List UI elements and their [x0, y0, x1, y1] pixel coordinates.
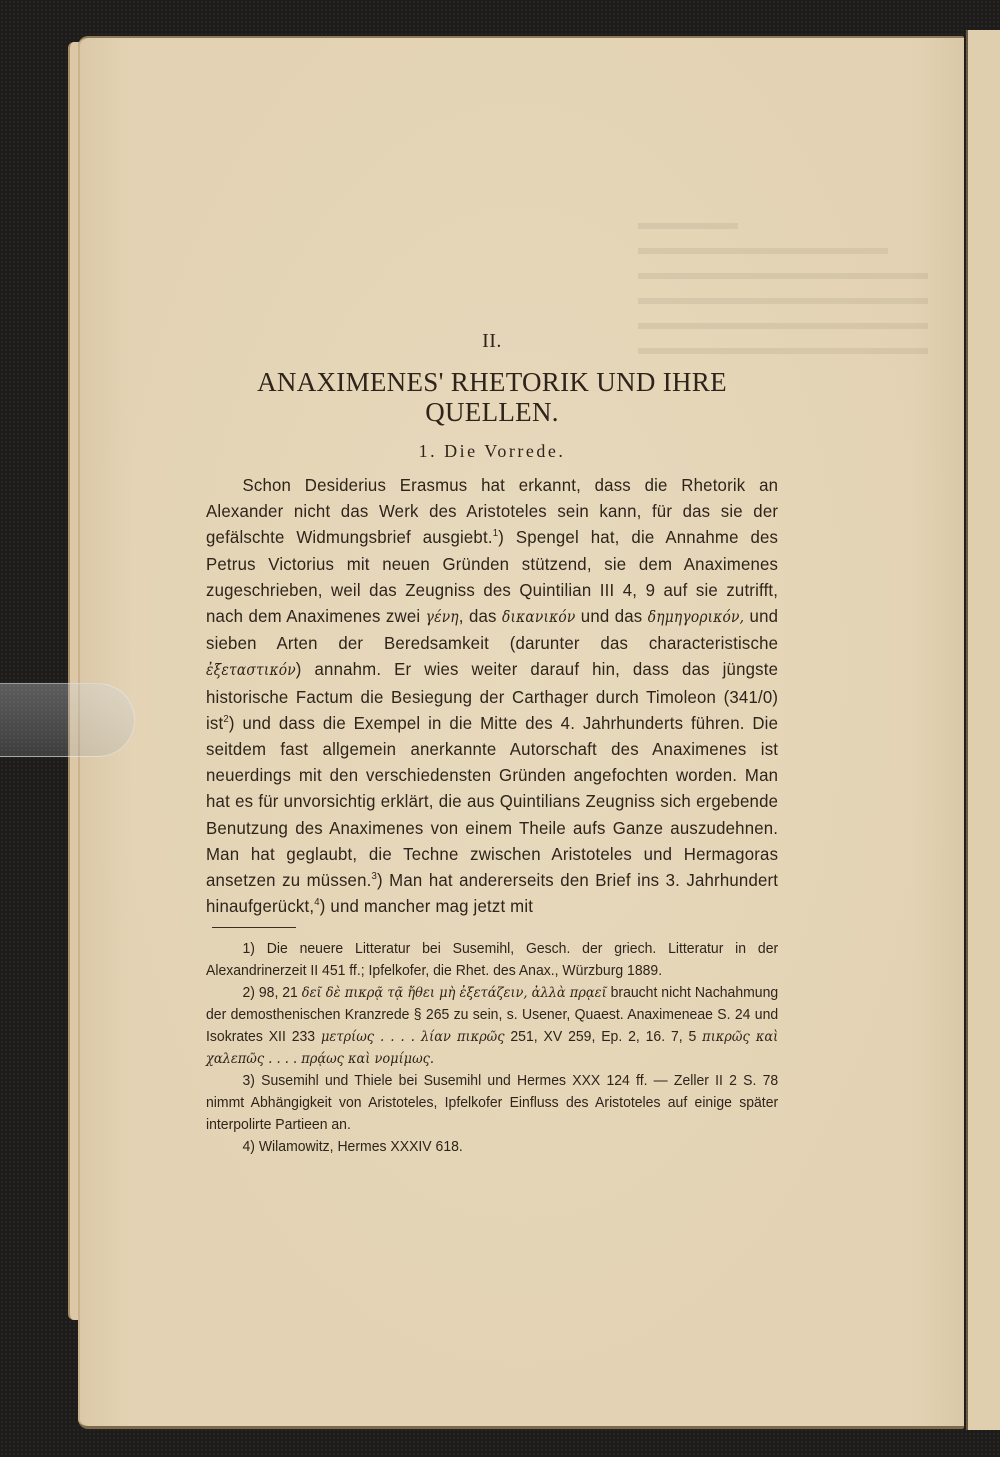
- chapter-title-line-1: ANAXIMENES' RHETORIK UND IHRE: [257, 367, 727, 397]
- page-holder-clip: [0, 683, 135, 757]
- adjacent-page-edge: [966, 30, 1000, 1430]
- greek-quote: μετρίως . . . . λίαν πικρῶς: [321, 1029, 505, 1045]
- chapter-title: ANAXIMENES' RHETORIK UND IHRE QUELLEN.: [206, 367, 778, 427]
- chapter-title-line-2: QUELLEN.: [425, 397, 559, 427]
- greek-term: ἐξεταστικόν: [206, 660, 296, 679]
- greek-term: γένη: [426, 607, 459, 626]
- body-paragraph: Schon Desiderius Erasmus hat erkannt, da…: [206, 472, 778, 919]
- footnote-divider: [212, 927, 296, 928]
- footnote-4: 4) Wilamowitz, Hermes XXXIV 618.: [206, 1136, 778, 1158]
- body-text-run: , das: [459, 606, 502, 626]
- footnote-text-run: 2) 98, 21: [242, 985, 301, 1001]
- section-title: 1. Die Vorrede.: [206, 441, 778, 462]
- footnote-ref-1[interactable]: 1: [493, 529, 499, 540]
- body-text-run: und das: [575, 606, 647, 626]
- footnote-1: 1) Die neuere Litteratur bei Susemihl, G…: [206, 938, 778, 982]
- footnote-2: 2) 98, 21 δεῖ δὲ πικρᾷ τᾷ ἤθει μὴ ἐξετάζ…: [206, 982, 778, 1070]
- greek-term: δημηγορικόν,: [648, 607, 744, 626]
- body-text-run: ) und mancher mag jetzt mit: [320, 896, 533, 916]
- greek-quote: δεῖ δὲ πικρᾷ τᾷ ἤθει μὴ ἐξετάζειν, ἀλλὰ …: [302, 985, 607, 1001]
- page-content: II. ANAXIMENES' RHETORIK UND IHRE QUELLE…: [206, 330, 778, 1158]
- greek-term: δικανικόν: [502, 607, 575, 626]
- footnote-3: 3) Susemihl und Thiele bei Susemihl und …: [206, 1070, 778, 1136]
- footnotes: 1) Die neuere Litteratur bei Susemihl, G…: [206, 938, 778, 1158]
- footnote-text-run: 251, XV 259, Ep. 2, 16. 7, 5: [505, 1029, 703, 1045]
- body-text-run: ) und dass die Exempel in die Mitte des …: [206, 713, 778, 890]
- chapter-number: II.: [206, 330, 778, 353]
